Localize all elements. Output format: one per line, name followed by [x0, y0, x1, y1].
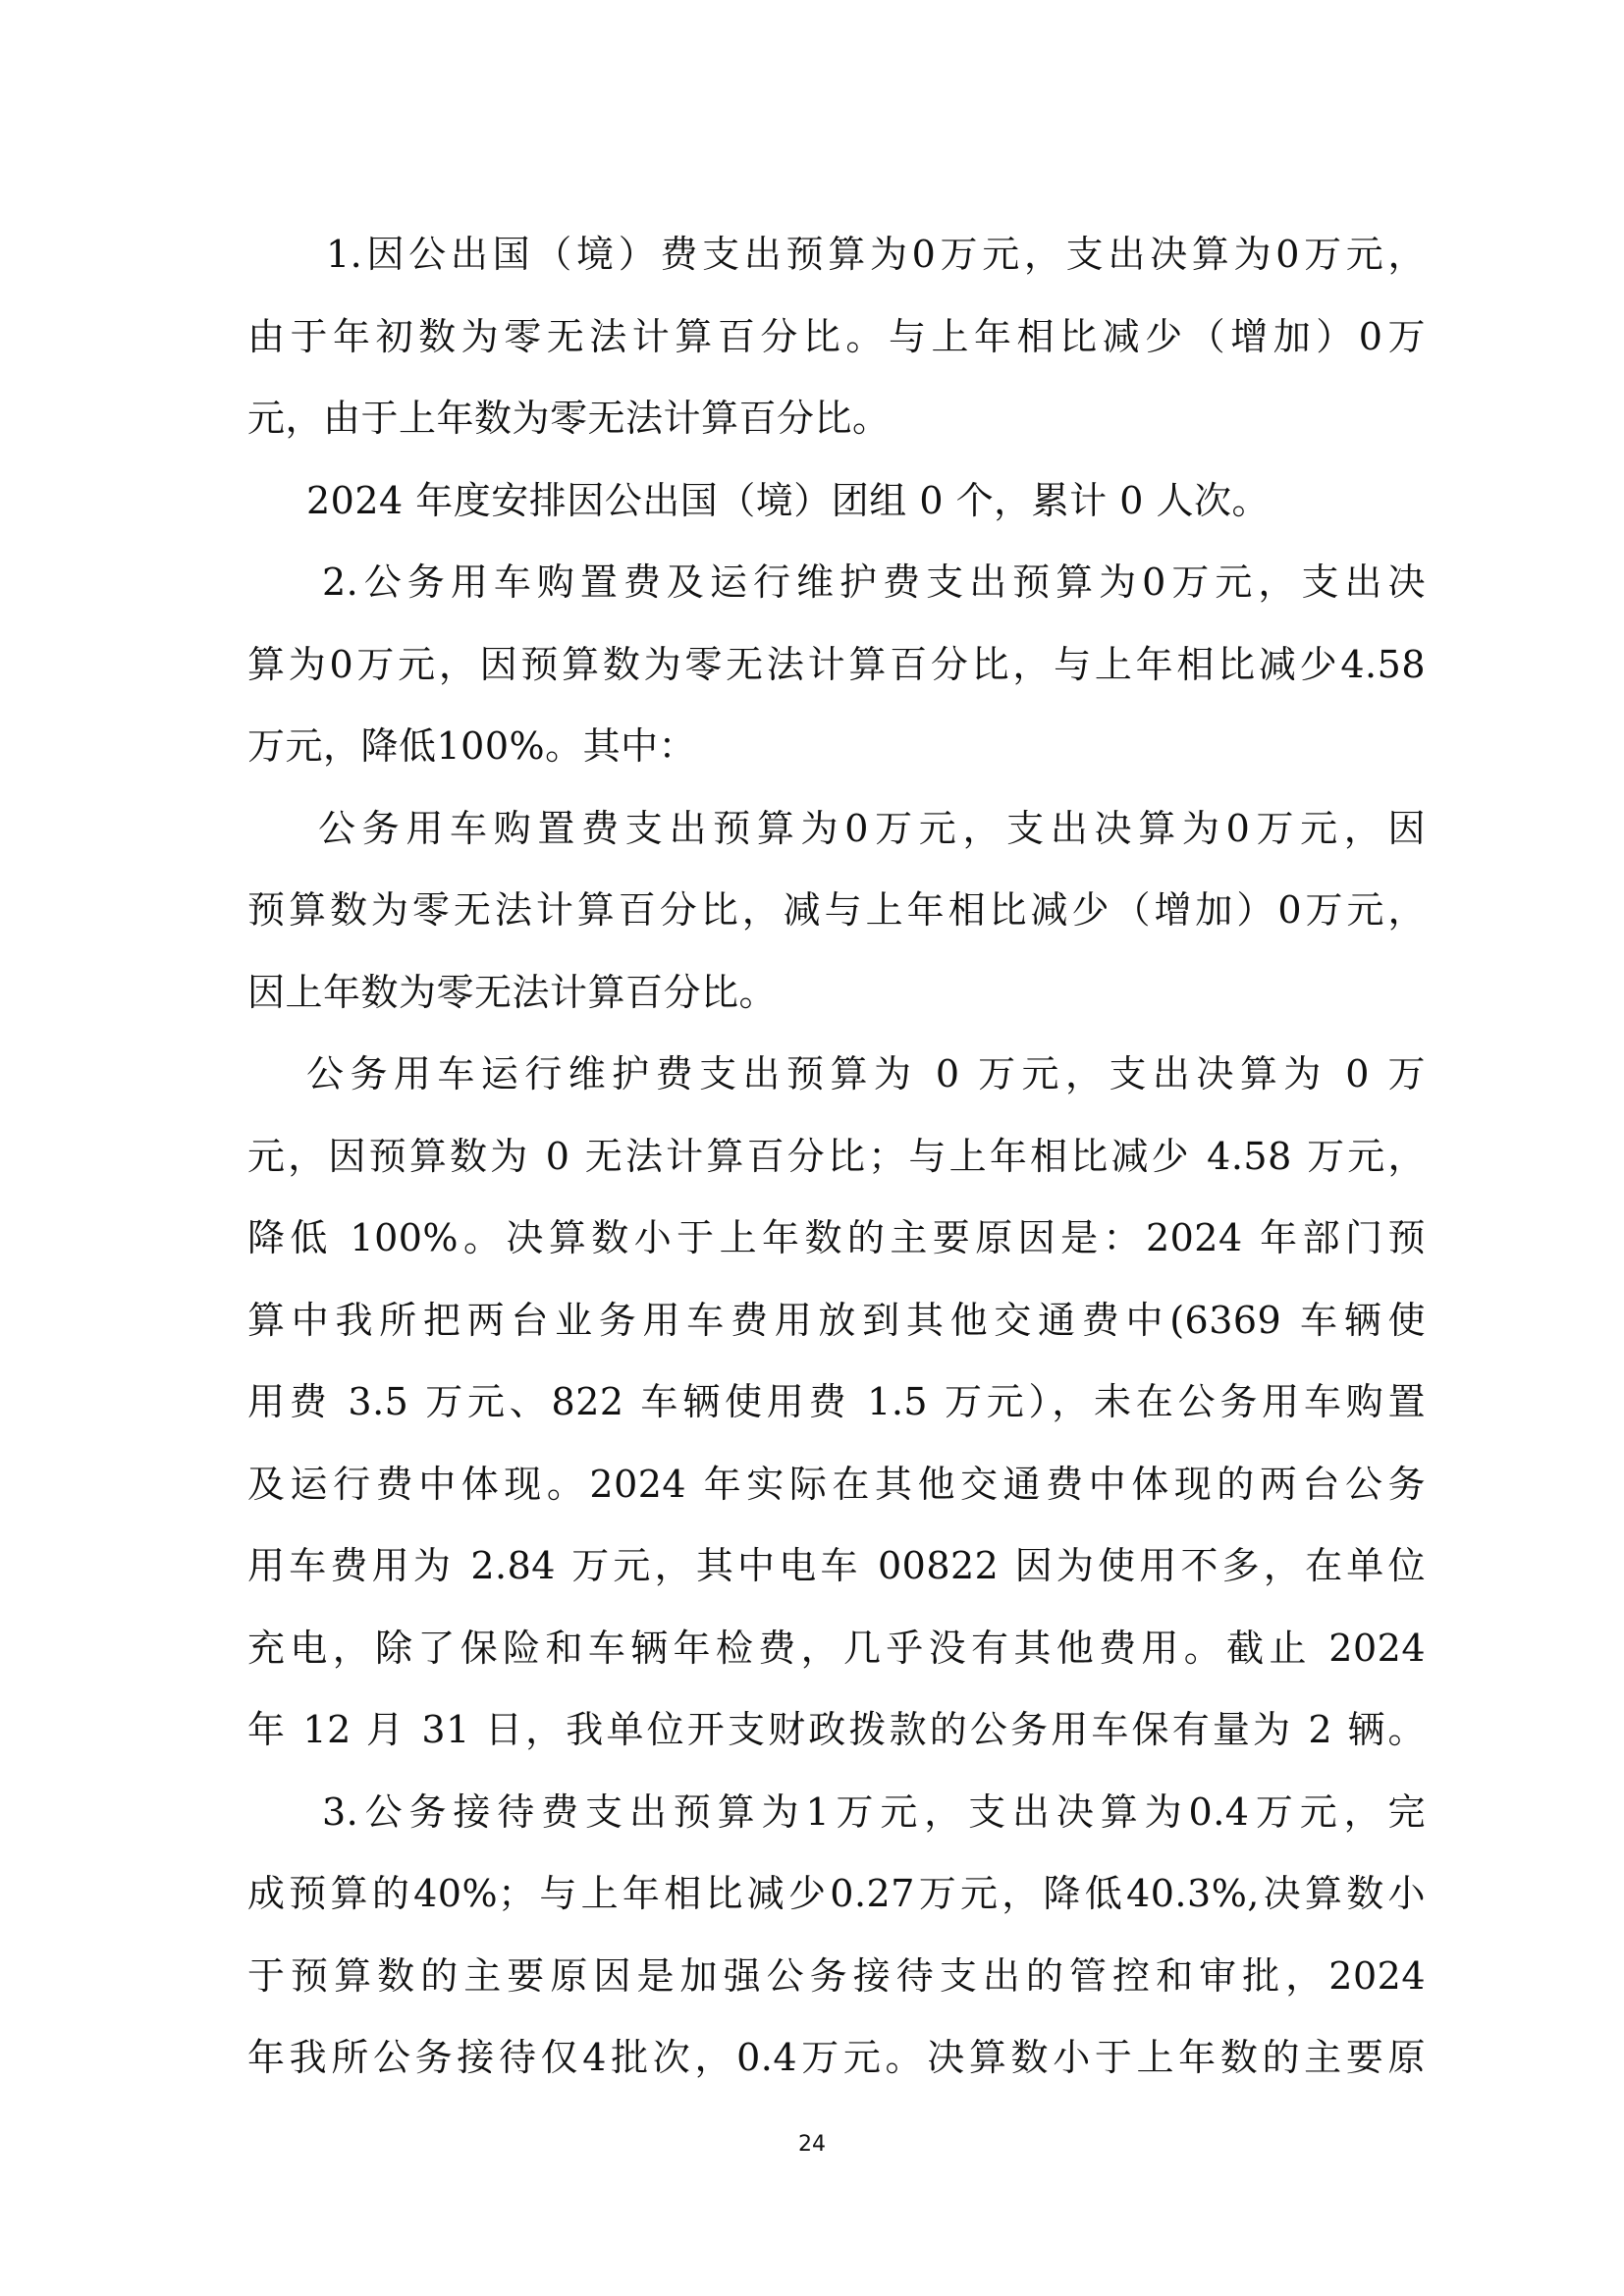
paragraph-vehicle-operation-line-3: 降低 100%。决算数小于上年数的主要原因是：2024 年部门预: [247, 1198, 1426, 1280]
paragraph-vehicle-operation-line-6: 及运行费中体现。2024 年实际在其他交通费中体现的两台公务: [247, 1444, 1426, 1526]
paragraph-vehicle-operation-line-5: 用费 3.5 万元、822 车辆使用费 1.5 万元），未在公务用车购置: [247, 1362, 1426, 1444]
paragraph-vehicle-total-line-3: 万元，降低100%。其中：: [247, 706, 1426, 788]
paragraph-vehicle-purchase-line-2: 预算数为零无法计算百分比，减与上年相比减少（增加）0万元，: [247, 870, 1426, 952]
paragraph-vehicle-total-line-1: 2.公务用车购置费及运行维护费支出预算为0万元，支出决: [247, 542, 1426, 624]
paragraph-overseas-groups-line-1: 2024 年度安排因公出国（境）团组 0 个，累计 0 人次。: [247, 460, 1426, 543]
paragraph-vehicle-total-line-2: 算为0万元，因预算数为零无法计算百分比，与上年相比减少4.58: [247, 624, 1426, 707]
paragraph-vehicle-operation-line-4: 算中我所把两台业务用车费用放到其他交通费中(6369 车辆使: [247, 1280, 1426, 1362]
paragraph-reception-line-1: 3.公务接待费支出预算为1万元，支出决算为0.4万元，完: [247, 1772, 1426, 1854]
paragraph-overseas-line-2: 由于年初数为零无法计算百分比。与上年相比减少（增加）0万: [247, 296, 1426, 379]
page-number: 24: [0, 2132, 1624, 2157]
document-page: 1.因公出国（境）费支出预算为0万元，支出决算为0万元， 由于年初数为零无法计算…: [0, 0, 1624, 2296]
paragraph-vehicle-operation-line-2: 元，因预算数为 0 无法计算百分比；与上年相比减少 4.58 万元，: [247, 1116, 1426, 1199]
paragraph-reception-line-2: 成预算的40%；与上年相比减少0.27万元，降低40.3%,决算数小: [247, 1853, 1426, 1936]
paragraph-vehicle-operation-line-8: 充电，除了保险和车辆年检费，几乎没有其他费用。截止 2024: [247, 1608, 1426, 1690]
paragraph-reception-line-3: 于预算数的主要原因是加强公务接待支出的管控和审批，2024: [247, 1936, 1426, 2018]
body-text: 1.因公出国（境）费支出预算为0万元，支出决算为0万元， 由于年初数为零无法计算…: [247, 214, 1426, 2100]
paragraph-vehicle-operation-line-1: 公务用车运行维护费支出预算为 0 万元，支出决算为 0 万: [247, 1034, 1426, 1116]
paragraph-reception-line-4: 年我所公务接待仅4批次，0.4万元。决算数小于上年数的主要原: [247, 2017, 1426, 2100]
paragraph-vehicle-operation-line-7: 用车费用为 2.84 万元，其中电车 00822 因为使用不多，在单位: [247, 1525, 1426, 1608]
paragraph-vehicle-purchase-line-3: 因上年数为零无法计算百分比。: [247, 952, 1426, 1035]
paragraph-overseas-line-1: 1.因公出国（境）费支出预算为0万元，支出决算为0万元，: [247, 214, 1426, 296]
paragraph-overseas-line-3: 元，由于上年数为零无法计算百分比。: [247, 378, 1426, 460]
paragraph-vehicle-operation-line-9: 年 12 月 31 日，我单位开支财政拨款的公务用车保有量为 2 辆。: [247, 1689, 1426, 1772]
paragraph-vehicle-purchase-line-1: 公务用车购置费支出预算为0万元，支出决算为0万元，因: [247, 788, 1426, 871]
